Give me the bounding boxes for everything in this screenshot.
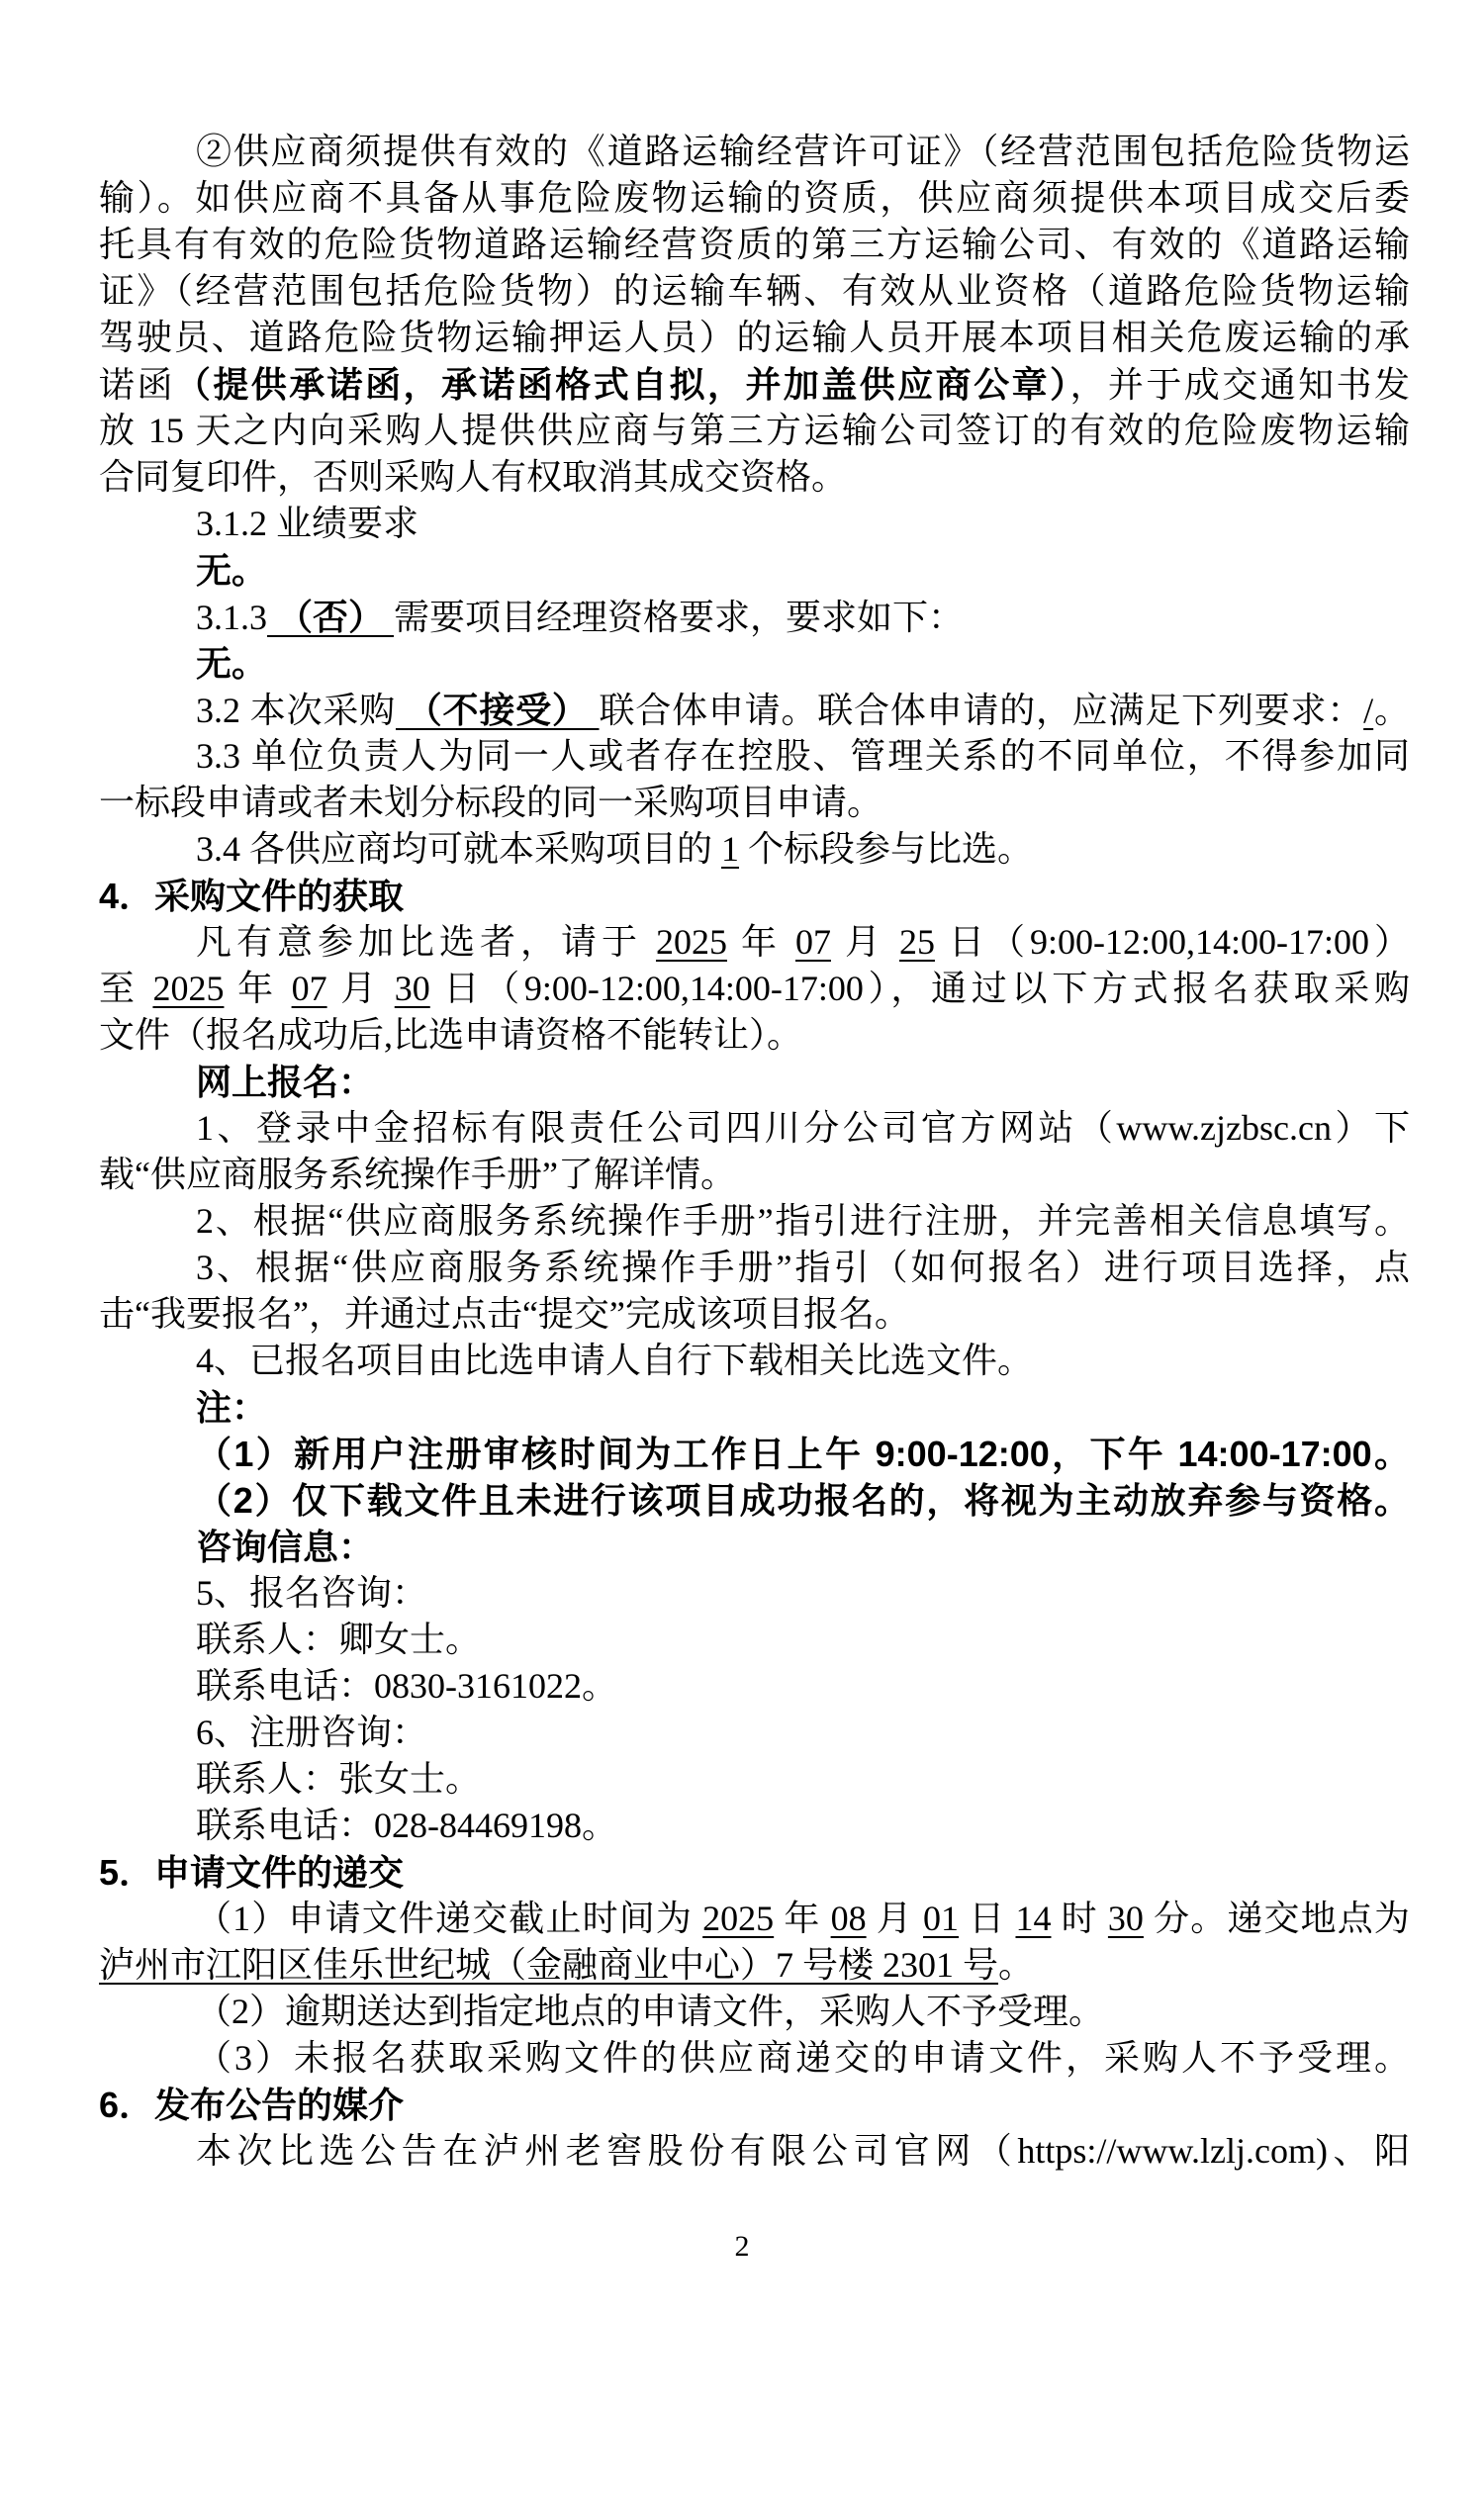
underlined-date: 01 — [923, 1899, 959, 1938]
doc-line: 无。 — [99, 547, 1410, 594]
note-item: （1）新用户注册审核时间为工作日上午 9:00-12:00，下午 14:00-1… — [99, 1431, 1410, 1477]
page-number: 2 — [0, 2228, 1484, 2266]
doc-line: 网上报名： — [99, 1059, 1410, 1105]
underlined-date: 07 — [795, 922, 831, 962]
doc-line: 2、根据“供应商服务系统操作手册”指引进行注册，并完善相关信息填写。 — [99, 1198, 1410, 1245]
section-heading-5: 5．申请文件的递交 — [99, 1849, 1410, 1896]
doc-line: （1）申请文件递交截止时间为 2025 年 08 月 01 日 14 时 30 … — [99, 1896, 1410, 1942]
bold-emphasis: （提供承诺函，承诺函格式自拟，并加盖供应商公章） — [175, 364, 1070, 405]
bold-underlined-value: （否） — [267, 597, 394, 637]
contact-phone: 联系电话：0830-3161022。 — [99, 1663, 1410, 1710]
bold-emphasis: 无。 — [196, 550, 267, 591]
clause-3-1-3: 3.1.3 （否） 需要项目经理资格要求，要求如下： — [99, 594, 1410, 640]
clause-3-4: 3.4 各供应商均可就本采购项目的 1 个标段参与比选。 — [99, 826, 1410, 873]
doc-line: 合同复印件，否则采购人有权取消其成交资格。 — [99, 454, 1410, 501]
doc-line: 击“我要报名”，并通过点击“提交”完成该项目报名。 — [99, 1291, 1410, 1338]
section-heading-4: 4．采购文件的获取 — [99, 873, 1410, 919]
doc-line: 诺函（提供承诺函，承诺函格式自拟，并加盖供应商公章），并于成交通知书发 — [99, 361, 1410, 408]
underlined-date: 2025 — [152, 969, 224, 1008]
clause-3-1-2: 3.1.2 业绩要求 — [99, 501, 1410, 547]
doc-line: 文件（报名成功后,比选申请资格不能转让）。 — [99, 1012, 1410, 1059]
contact-person: 联系人：张女士。 — [99, 1756, 1410, 1803]
underlined-date: 2025 — [702, 1899, 774, 1938]
clause-3-2: 3.2 本次采购 （不接受） 联合体申请。联合体申请的，应满足下列要求：/。 — [99, 687, 1410, 733]
underlined-value: / — [1363, 691, 1373, 730]
note-item: （2）仅下载文件且未进行该项目成功报名的，将视为主动放弃参与资格。 — [99, 1477, 1410, 1524]
doc-line: ②供应商须提供有效的《道路运输经营许可证》（经营范围包括危险货物运 — [99, 129, 1410, 175]
bold-emphasis: （1）新用户注册审核时间为工作日上午 9:00-12:00，下午 14:00-1… — [196, 1434, 1410, 1474]
doc-line: （3）未报名获取采购文件的供应商递交的申请文件，采购人不予受理。 — [99, 2035, 1410, 2082]
doc-line: 驾驶员、道路危险货物运输押运人员）的运输人员开展本项目相关危废运输的承 — [99, 315, 1410, 361]
underlined-date: 08 — [831, 1899, 867, 1938]
doc-line: 凡有意参加比选者，请于 2025 年 07 月 25 日（9:00-12:00,… — [99, 919, 1410, 966]
bold-emphasis: 咨询信息： — [196, 1527, 374, 1567]
underlined-date: 2025 — [656, 922, 727, 962]
doc-line: （2）逾期送达到指定地点的申请文件，采购人不予受理。 — [99, 1989, 1410, 2035]
underlined-time: 30 — [1108, 1899, 1144, 1938]
underlined-date: 30 — [395, 969, 430, 1008]
bold-underlined-value: （不接受） — [396, 690, 600, 730]
bold-emphasis: 无。 — [196, 643, 267, 684]
doc-line: 5、报名咨询： — [99, 1570, 1410, 1617]
doc-line: 4、已报名项目由比选申请人自行下载相关比选文件。 — [99, 1338, 1410, 1384]
underlined-time: 14 — [1015, 1899, 1051, 1938]
bold-emphasis: 注： — [196, 1387, 267, 1428]
delivery-address: 泸州市江阳区佳乐世纪城（金融商业中心）7 号楼 2301 号。 — [99, 1942, 1410, 1989]
doc-line: 证》（经营范围包括危险货物）的运输车辆、有效从业资格（道路危险货物运输 — [99, 268, 1410, 315]
doc-line: 咨询信息： — [99, 1524, 1410, 1570]
doc-line: 托具有有效的危险货物道路运输经营资质的第三方运输公司、有效的《道路运输 — [99, 222, 1410, 268]
underlined-date: 07 — [292, 969, 327, 1008]
contact-phone: 联系电话：028-84469198。 — [99, 1803, 1410, 1849]
doc-line: 本次比选公告在泸州老窖股份有限公司官网（https://www.lzlj.com… — [99, 2128, 1410, 2175]
doc-line: 一标段申请或者未划分标段的同一采购项目申请。 — [99, 780, 1410, 826]
doc-line: 3、根据“供应商服务系统操作手册”指引（如何报名）进行项目选择，点 — [99, 1245, 1410, 1291]
doc-line: 载“供应商服务系统操作手册”了解详情。 — [99, 1152, 1410, 1198]
doc-line: 输）。如供应商不具备从事危险废物运输的资质，供应商须提供本项目成交后委 — [99, 175, 1410, 222]
note-label: 注： — [99, 1384, 1410, 1431]
doc-line: 无。 — [99, 640, 1410, 687]
doc-line: 放 15 天之内向采购人提供供应商与第三方运输公司签订的有效的危险废物运输 — [99, 408, 1410, 454]
bold-emphasis: 网上报名： — [196, 1062, 374, 1102]
doc-line: 1、登录中金招标有限责任公司四川分公司官方网站（www.zjzbsc.cn）下 — [99, 1105, 1410, 1152]
contact-person: 联系人：卿女士。 — [99, 1617, 1410, 1663]
document-page: ②供应商须提供有效的《道路运输经营许可证》（经营范围包括危险货物运 输）。如供应… — [0, 0, 1484, 2506]
underlined-address: 泸州市江阳区佳乐世纪城（金融商业中心）7 号楼 2301 号 — [99, 1945, 998, 1985]
bold-emphasis: （2）仅下载文件且未进行该项目成功报名的，将视为主动放弃参与资格。 — [196, 1480, 1410, 1521]
underlined-date: 25 — [899, 922, 935, 962]
clause-3-3: 3.3 单位负责人为同一人或者存在控股、管理关系的不同单位，不得参加同 — [99, 733, 1410, 780]
doc-line: 6、注册咨询： — [99, 1710, 1410, 1756]
doc-line: 至 2025 年 07 月 30 日（9:00-12:00,14:00-17:0… — [99, 966, 1410, 1012]
section-heading-6: 6．发布公告的媒介 — [99, 2082, 1410, 2128]
underlined-value: 1 — [721, 829, 739, 869]
